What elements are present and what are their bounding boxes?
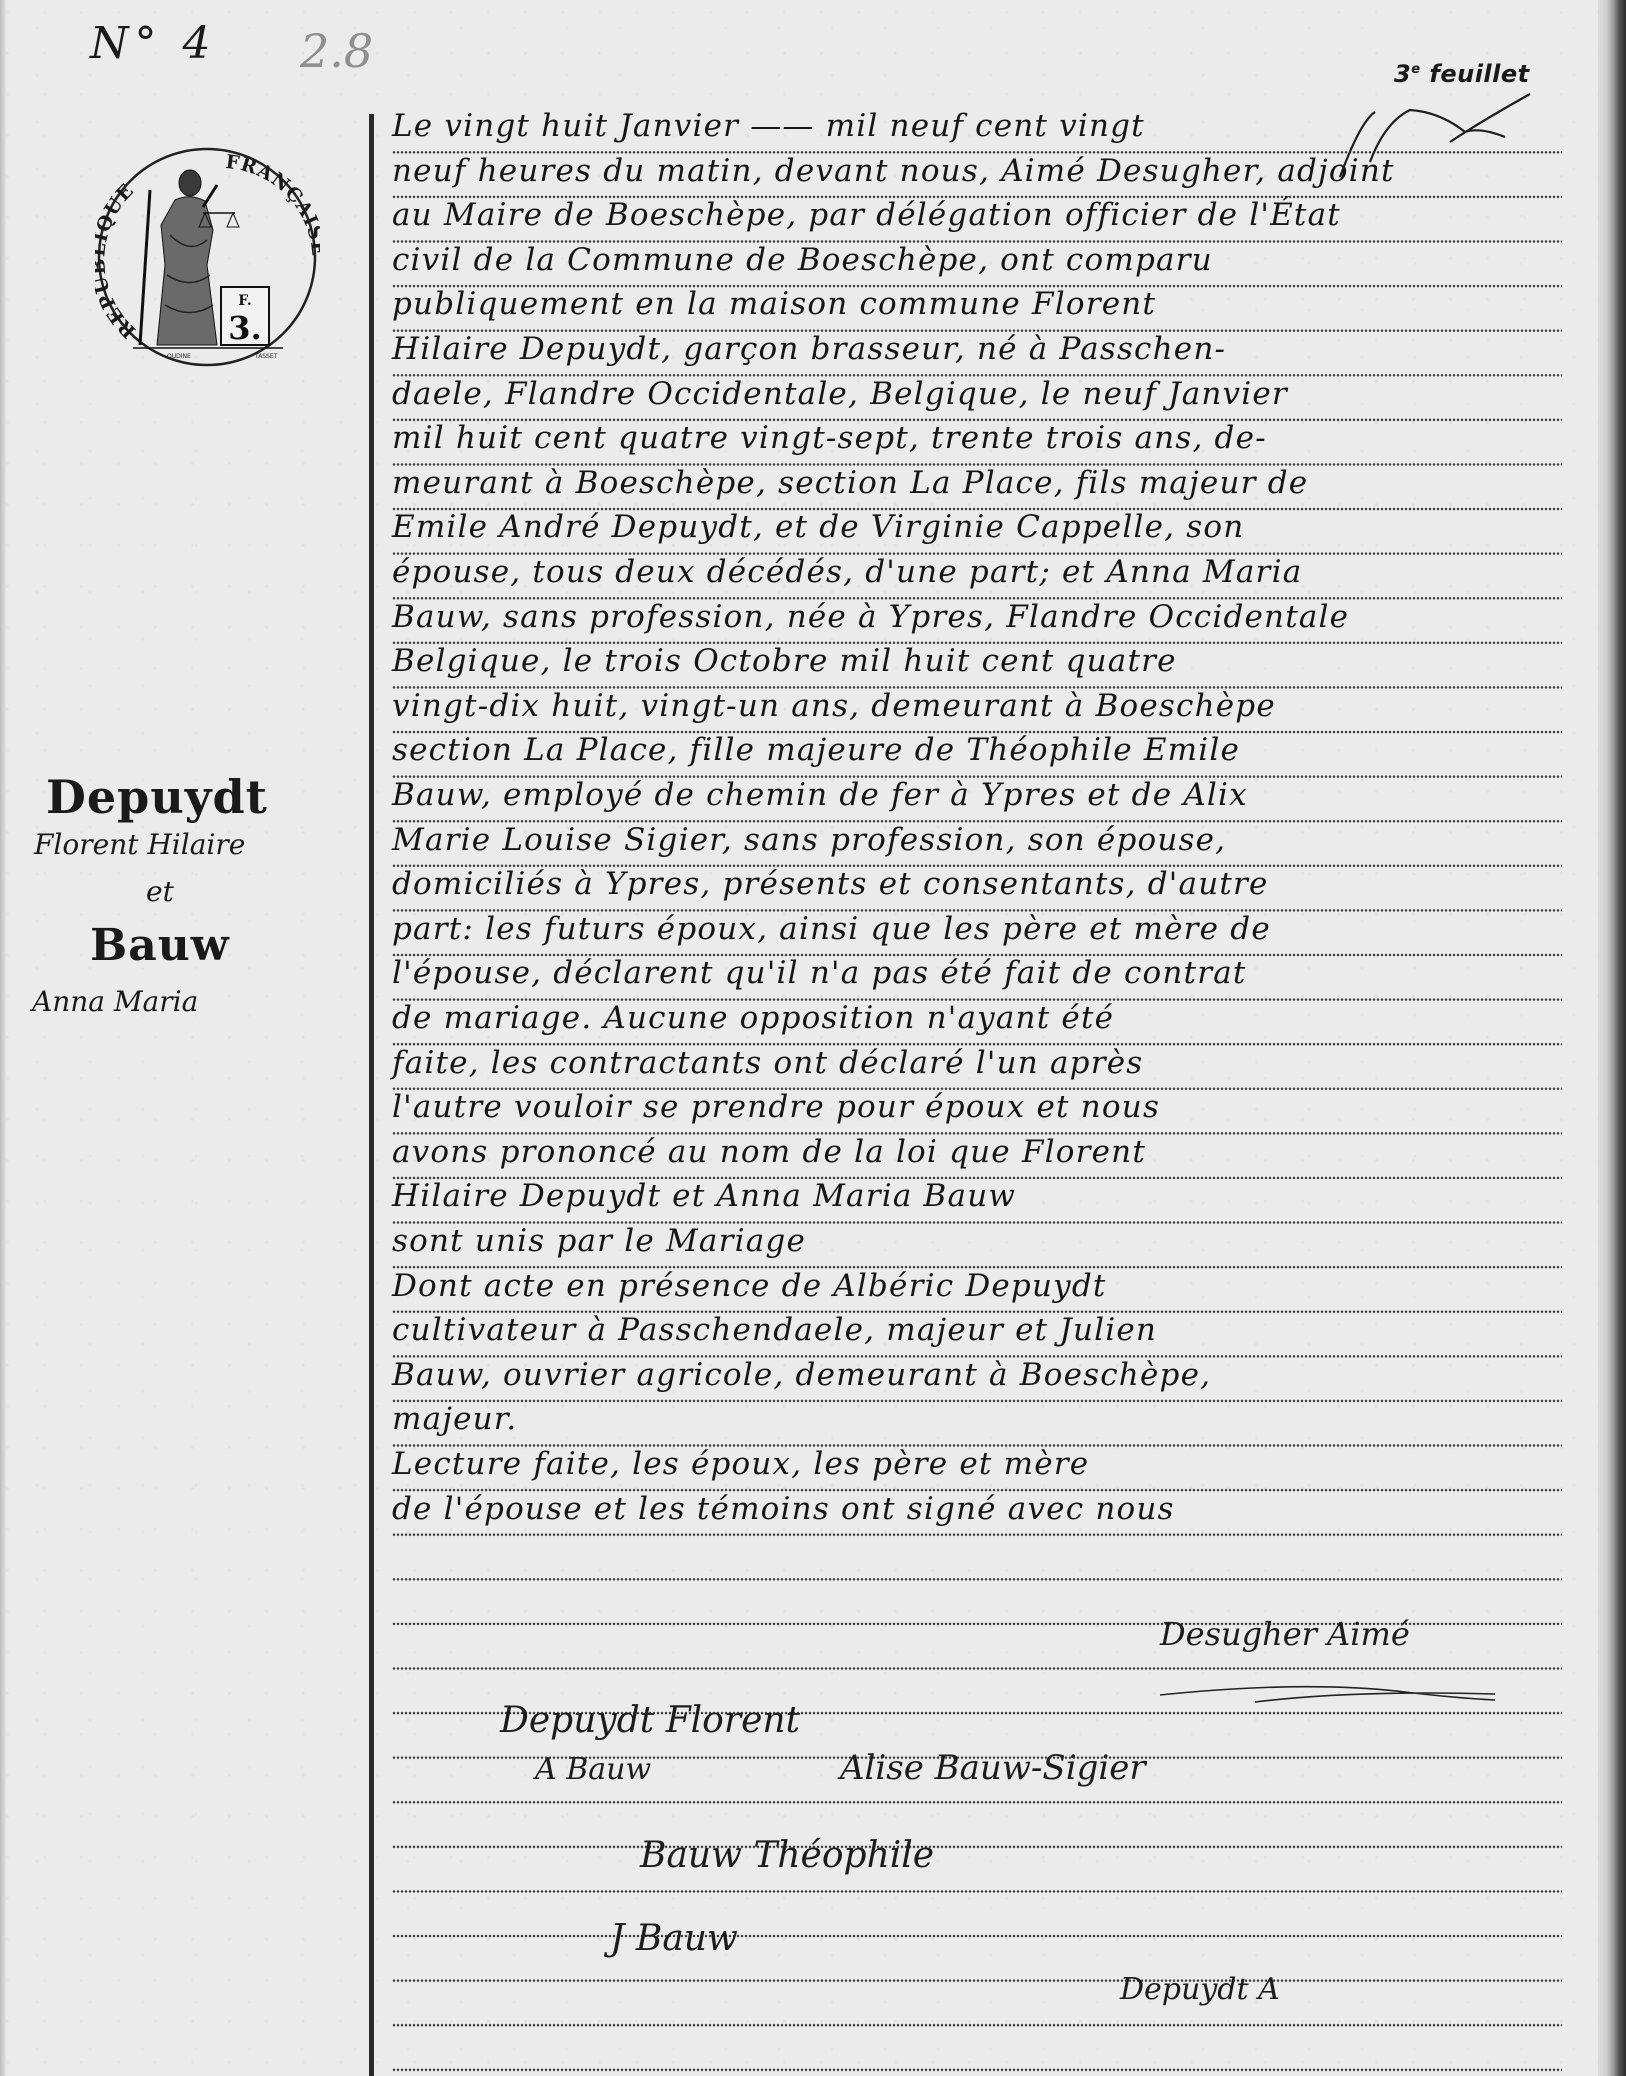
republique-francaise-stamp-icon: REPUBLIQUE FRANÇAISE F. 3. OUDINE TASSET — [95, 145, 320, 370]
signature-bride-mother: Alise Bauw-Sigier — [840, 1748, 1146, 1788]
act-line: meurant à Boeschèpe, section La Place, f… — [392, 461, 1308, 505]
act-line: l'autre vouloir se prendre pour époux et… — [392, 1085, 1160, 1129]
act-line: sont unis par le Mariage — [392, 1219, 806, 1263]
signature-officer: Desugher Aimé — [1160, 1615, 1410, 1653]
act-line: Hilaire Depuydt, garçon brasseur, né à P… — [392, 327, 1226, 371]
act-line: de mariage. Aucune opposition n'ayant ét… — [392, 996, 1114, 1040]
act-line: épouse, tous deux décédés, d'une part; e… — [392, 550, 1302, 594]
signature-bride: A Bauw — [535, 1752, 651, 1787]
act-line: Belgique, le trois Octobre mil huit cent… — [392, 639, 1177, 683]
act-line: faite, les contractants ont déclaré l'un… — [392, 1041, 1143, 1085]
act-line: l'épouse, déclarent qu'il n'a pas été fa… — [392, 951, 1247, 995]
signature-groom: Depuydt Florent — [500, 1700, 800, 1741]
signature-underline-flourish-icon — [1155, 1680, 1505, 1710]
stamp-unit: F. — [238, 293, 251, 309]
stamp-value: 3. — [228, 309, 261, 347]
stamp-engraver-left: OUDINE — [167, 353, 191, 360]
act-line: civil de la Commune de Boeschèpe, ont co… — [392, 238, 1213, 282]
act-line: part: les futurs époux, ainsi que les pè… — [392, 907, 1271, 951]
act-line: de l'épouse et les témoins ont signé ave… — [392, 1487, 1175, 1531]
act-line: mil huit cent quatre vingt-sept, trente … — [392, 416, 1267, 460]
margin-bride-surname: Bauw — [90, 920, 230, 971]
act-line: Bauw, ouvrier agricole, demeurant à Boes… — [392, 1353, 1211, 1397]
stamp-legend-left: REPUBLIQUE — [95, 179, 140, 342]
act-line: Marie Louise Sigier, sans profession, so… — [392, 818, 1226, 862]
act-line: publiquement en la maison commune Floren… — [392, 282, 1156, 326]
act-line: section La Place, fille majeure de Théop… — [392, 728, 1240, 772]
margin-groom-given-names: Florent Hilaire — [34, 828, 245, 861]
act-line: Le vingt huit Janvier —— mil neuf cent v… — [392, 104, 1145, 148]
sheet-ordinal: 3 — [1394, 60, 1411, 88]
act-line: au Maire de Boeschèpe, par délégation of… — [392, 193, 1341, 237]
act-line: Emile André Depuydt, et de Virginie Capp… — [392, 505, 1244, 549]
act-line: Bauw, employé de chemin de fer à Ypres e… — [392, 773, 1248, 817]
record-number: N° 4 — [90, 18, 216, 69]
act-line: daele, Flandre Occidentale, Belgique, le… — [392, 372, 1288, 416]
sheet-word: feuillet — [1429, 60, 1529, 88]
act-line: Lecture faite, les époux, les père et mè… — [392, 1442, 1089, 1486]
sheet-label: 3e feuillet — [1394, 60, 1530, 88]
act-line: vingt-dix huit, vingt-un ans, demeurant … — [392, 684, 1276, 728]
register-page: N° 4 2.8 3e feuillet REPUBLIQUE FRANÇAIS… — [0, 0, 1626, 2076]
act-line: Bauw, sans profession, née à Ypres, Flan… — [392, 595, 1349, 639]
act-line: domiciliés à Ypres, présents et consenta… — [392, 862, 1269, 906]
act-line: avons prononcé au nom de la loi que Flor… — [392, 1130, 1146, 1174]
stamp-legend-right: FRANÇAISE — [224, 151, 320, 258]
margin-groom-surname: Depuydt — [46, 770, 268, 824]
svg-text:FRANÇAISE: FRANÇAISE — [224, 151, 320, 258]
svg-text:REPUBLIQUE: REPUBLIQUE — [95, 179, 140, 342]
margin-bride-given-names: Anna Maria — [32, 985, 198, 1018]
signature-witness-depuydt: Depuydt A — [1120, 1972, 1280, 2007]
stamp-engraver-right: TASSET — [254, 353, 278, 360]
margin-vertical-rule — [369, 114, 374, 2076]
act-line: cultivateur à Passchendaele, majeur et J… — [392, 1308, 1157, 1352]
act-line: majeur. — [392, 1397, 517, 1441]
pencil-annotation: 2.8 — [300, 24, 373, 78]
signature-witness-bauw: J Bauw — [610, 1918, 738, 1959]
margin-conjunction: et — [146, 875, 174, 908]
act-line: neuf heures du matin, devant nous, Aimé … — [392, 149, 1395, 193]
page-left-edge — [0, 0, 6, 2076]
sheet-ordinal-suffix: e — [1411, 62, 1420, 77]
book-binding-edge — [1598, 0, 1626, 2076]
act-line: Hilaire Depuydt et Anna Maria Bauw — [392, 1174, 1016, 1218]
signature-bride-father: Bauw Théophile — [640, 1835, 934, 1876]
act-line: Dont acte en présence de Albéric Depuydt — [392, 1264, 1107, 1308]
